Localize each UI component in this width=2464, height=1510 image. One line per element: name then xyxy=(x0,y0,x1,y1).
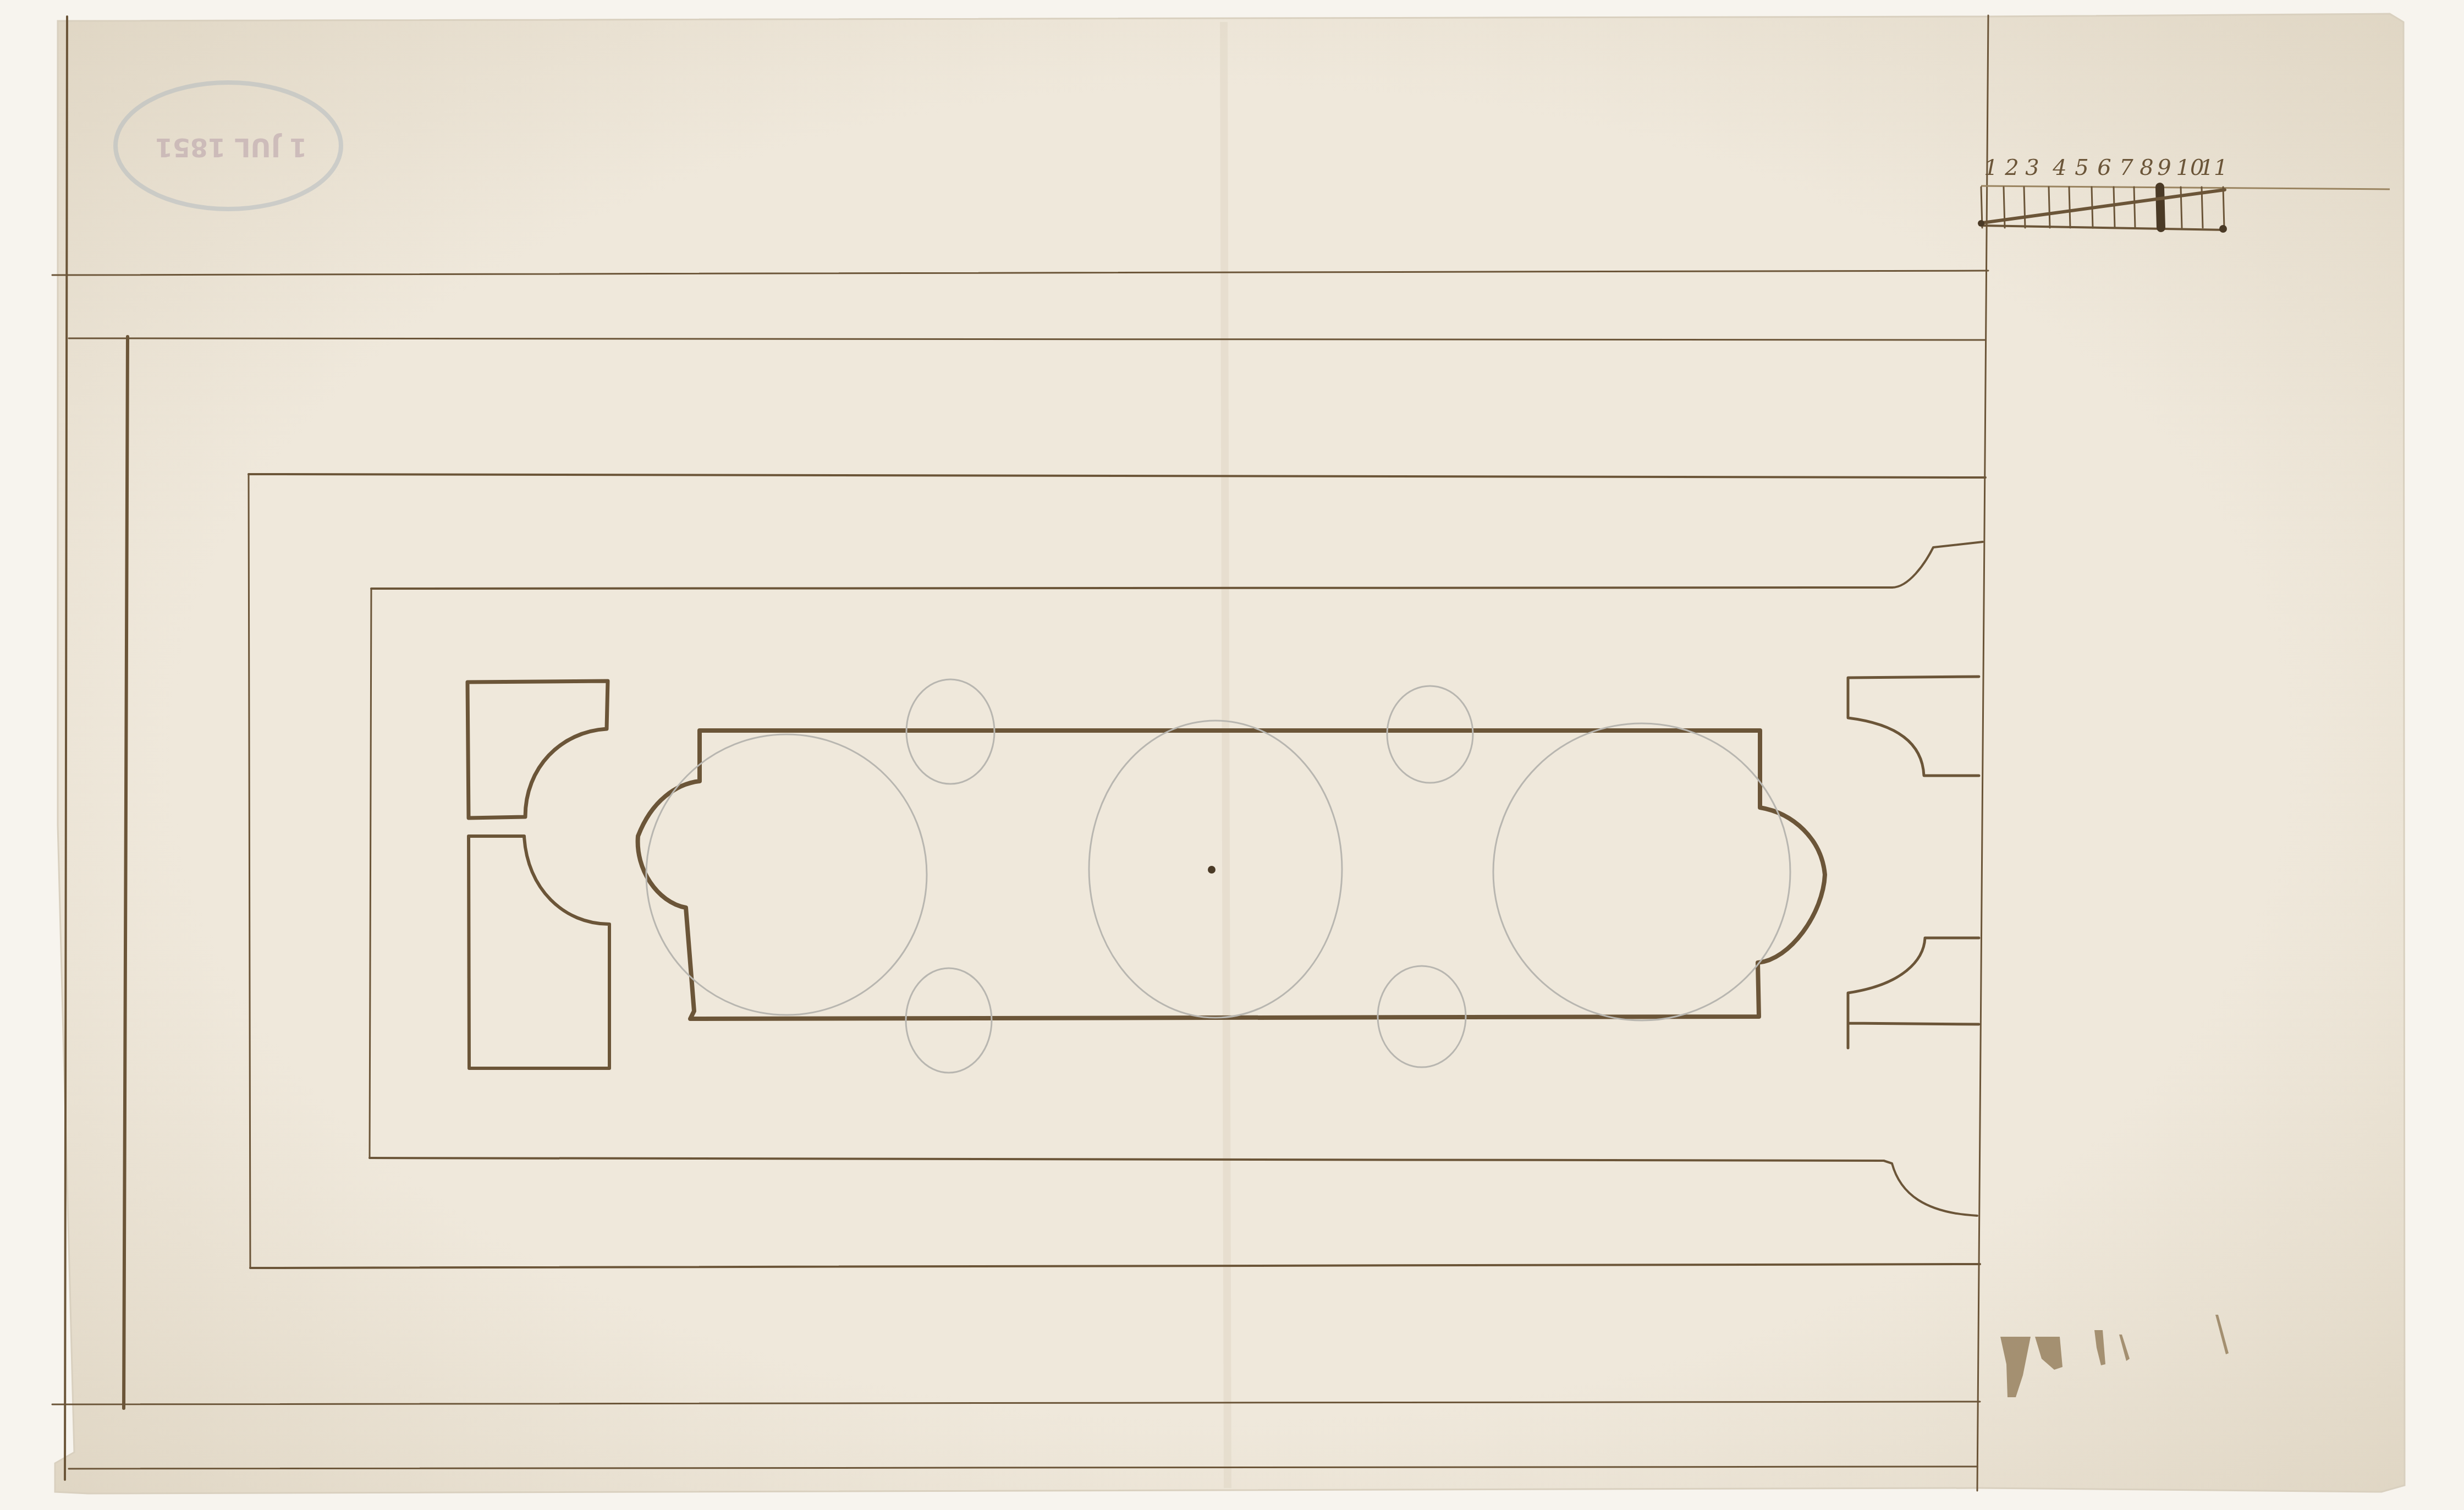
scale-tick xyxy=(2049,187,2050,228)
scale-number-label: 9 xyxy=(2157,155,2171,180)
scale-tick xyxy=(2069,187,2070,228)
scale-number-label: 2 xyxy=(2004,155,2019,180)
scale-tick xyxy=(2160,187,2161,228)
center-point-mark xyxy=(1208,866,1215,874)
drawing-sheet: 1 JUL 1851 1234567891011 xyxy=(0,0,2464,1510)
scale-tick xyxy=(2114,187,2115,228)
scale-number-label: 8 xyxy=(2139,155,2153,180)
stamp-date-text: 1 JUL 1851 xyxy=(155,133,307,162)
scale-number-label: 1 xyxy=(1984,155,1998,180)
scale-tick xyxy=(2181,187,2182,228)
scale-number-label: 7 xyxy=(2119,155,2133,180)
scale-number-label: 6 xyxy=(2097,155,2111,180)
scale-tick xyxy=(2004,187,2005,228)
scale-tick xyxy=(2024,187,2025,228)
scale-number-label: 11 xyxy=(2200,155,2228,180)
scale-tick xyxy=(2134,187,2135,228)
architectural-plan-canvas: 1 JUL 1851 1234567891011 xyxy=(0,0,2464,1510)
scale-tick xyxy=(2223,187,2224,228)
center-fold-crease xyxy=(1224,22,1228,1488)
scale-number-label: 3 xyxy=(2025,155,2039,180)
scale-number-label: 4 xyxy=(2052,155,2066,180)
inner-wall-top xyxy=(371,587,1892,589)
scale-number-label: 5 xyxy=(2075,155,2088,180)
